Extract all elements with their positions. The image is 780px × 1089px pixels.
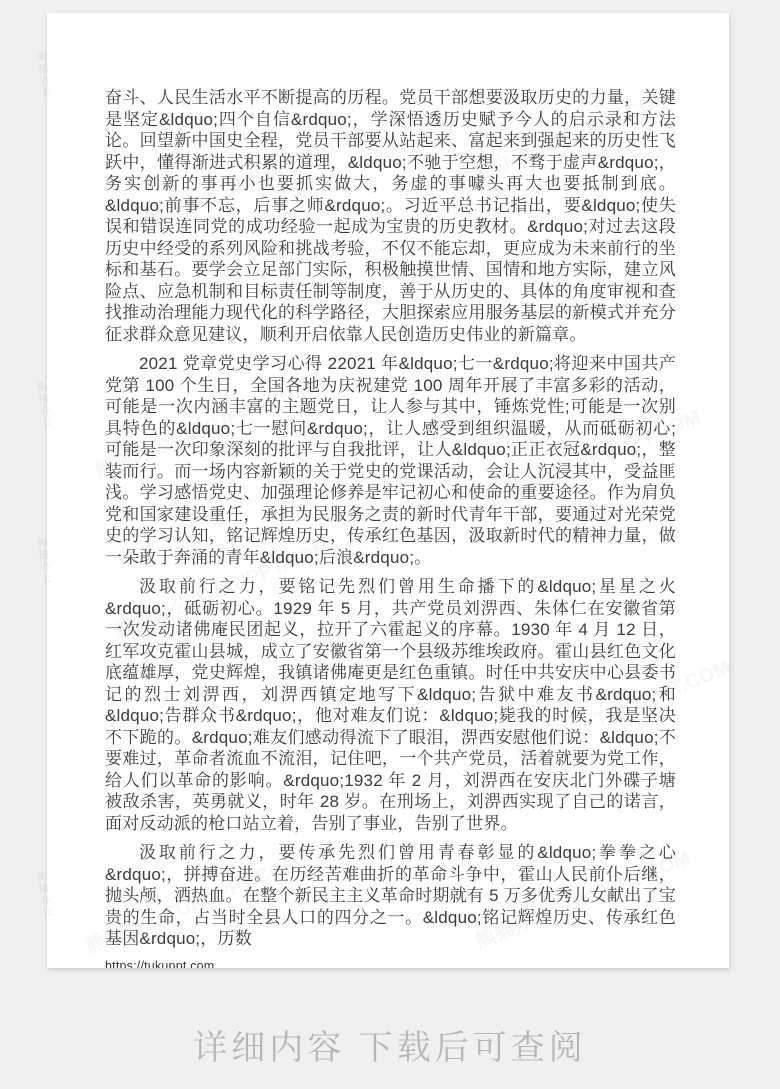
preview-canvas: 熊猫办公 熊猫办公 熊猫办公 熊猫办公 熊猫办公 TUKUPPT.COM 熊猫办… [0,0,780,1089]
paragraph-text: 汲取前行之力，要铭记先烈们曾用生命播下的&ldquo;星星之火&rdquo;，砥… [105,576,676,834]
footer-note-text: 详细内容 下载后可查阅 [193,1028,586,1068]
paragraph-text: 汲取前行之力，要传承先烈们曾用青春彰显的&ldquo;拳拳之心&rdquo;，拼… [105,842,676,950]
document-body: 奋斗、人民生活水平不断提高的历程。党员干部想要汲取历史的力量，关键是坚定&ldq… [105,87,676,968]
preview-footer: 详细内容 下载后可查阅 [0,1006,780,1089]
paragraph-text: 奋斗、人民生活水平不断提高的历程。党员干部想要汲取历史的力量，关键是坚定&ldq… [105,87,676,345]
source-url-text: https://tukuppt.com [105,958,676,969]
paragraph-text: 2021 党章党史学习心得 22021 年&ldquo;七一&rdquo;将迎来… [105,353,676,568]
document-page: 熊猫办公 TUKUPPT.COM 熊猫办公 TUKUPPT.COM 熊猫办公 T… [47,13,729,968]
